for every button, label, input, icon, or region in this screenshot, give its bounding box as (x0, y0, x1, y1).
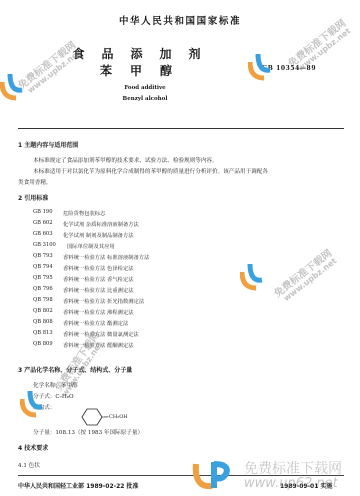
footer-divider (18, 475, 344, 476)
ref-text: 香料统一检验方法 微量氯测定法 (63, 330, 139, 338)
section-4-1: 4.1 色状 (18, 461, 40, 469)
ref-text: 香料统一检验方法 沸程测定法 (63, 308, 134, 316)
ref-text: 国际单位制及其应用 (67, 242, 115, 250)
section-3-heading: 3 产品化学名称、分子式、结构式、分子量 (18, 365, 132, 374)
ref-text: 香料统一检验方法 标准溶液制备方法 (63, 253, 149, 261)
section-2-heading: 2 引用标准 (18, 193, 48, 202)
up-logo-icon (0, 68, 34, 102)
molecular-weight: 分子量：108.13（按 1983 年国际原子量） (33, 428, 143, 436)
chemical-name: 化学名称：苯甲醇 (33, 381, 78, 389)
section-4-heading: 4 技术要求 (18, 443, 48, 452)
section-1-heading: 1 主题内容与适用范围 (18, 140, 78, 149)
header-divider (18, 128, 344, 129)
ref-text: 香料统一检验方法 酯测定法 (63, 319, 128, 327)
ref-code: QB 809 (33, 341, 59, 347)
ref-code: GB 190 (33, 209, 59, 215)
section-1-para1: 本标准规定了食品添加剂苯甲醇的技术要求、试验方法、检验规则等内容。 (33, 156, 218, 164)
ref-code: QB 808 (33, 319, 59, 325)
ref-text: 香料统一检验方法 比重测定法 (63, 286, 134, 294)
ref-text: 香料统一检验方法 香气检定法 (63, 275, 134, 283)
ref-code: QB 795 (33, 275, 59, 281)
section-1-para2-cont: 类食用香精。 (18, 178, 52, 186)
ref-text: 化学试剂 制剂及制品制备方法 (63, 231, 134, 239)
title-en-line1: Food additive (70, 85, 220, 91)
watermark-up62-bottom: 免费标准下载网 www.up62.net (192, 458, 232, 496)
ref-code: QB 802 (33, 308, 59, 314)
ref-code: GB 602 (33, 220, 59, 226)
ref-code: QB 798 (33, 297, 59, 303)
ref-code: QB 793 (33, 253, 59, 259)
effective-date: 1989-09-01 实施 (280, 481, 332, 490)
ref-code: QB 813 (33, 330, 59, 336)
structure-label: 结构式： (33, 403, 55, 411)
ref-code: GB 603 (33, 231, 59, 237)
title-en-line2: Benzyl alcohol (70, 96, 220, 102)
section-1-para2: 本标准适用于对以氯化苄为原料化学合成制得的苯甲醇的质量进行分析评价。该产品用于调… (33, 167, 268, 175)
ref-text: 香料统一检验方法 色泽检定法 (63, 264, 134, 272)
title-cn-line2: 苯甲醇 (95, 62, 195, 79)
ref-text: 香料统一检验方法 折光指数测定法 (63, 297, 144, 305)
watermark-upbz-left: 免费标准下载网 www.upbz.net (0, 68, 34, 106)
ref-code: GB 3100 (33, 242, 59, 248)
watermark-upbz-right-mid: 免费标准下载网 www.upbz.net (240, 258, 274, 296)
watermark-text-cn: 免费标准下载网 (270, 245, 334, 300)
up-logo-icon (20, 385, 54, 419)
ref-code: QB 796 (33, 286, 59, 292)
ref-text: 化学试剂 杂质标准溶液制备方法 (63, 220, 139, 228)
ref-text: 香料统一检验方法 醛酮测定法 (63, 341, 134, 349)
title-cn-line1: 食品添加剂 (65, 45, 225, 62)
ref-code: QB 794 (33, 264, 59, 270)
watermark-url: www.upbz.net (282, 256, 338, 303)
ref-text: 危险货物包装标志 (63, 209, 105, 217)
structure-group: —CH₂OH (104, 414, 128, 420)
up-logo-icon (240, 258, 274, 292)
molecular-formula: 分子式：C₇H₈O (33, 392, 74, 400)
approval-date: 中华人民共和国轻工业部 1989-02-22 批准 (18, 481, 139, 490)
standard-number: GB 10354—89 (262, 65, 316, 72)
standard-header: 中华人民共和国国家标准 (0, 13, 360, 27)
